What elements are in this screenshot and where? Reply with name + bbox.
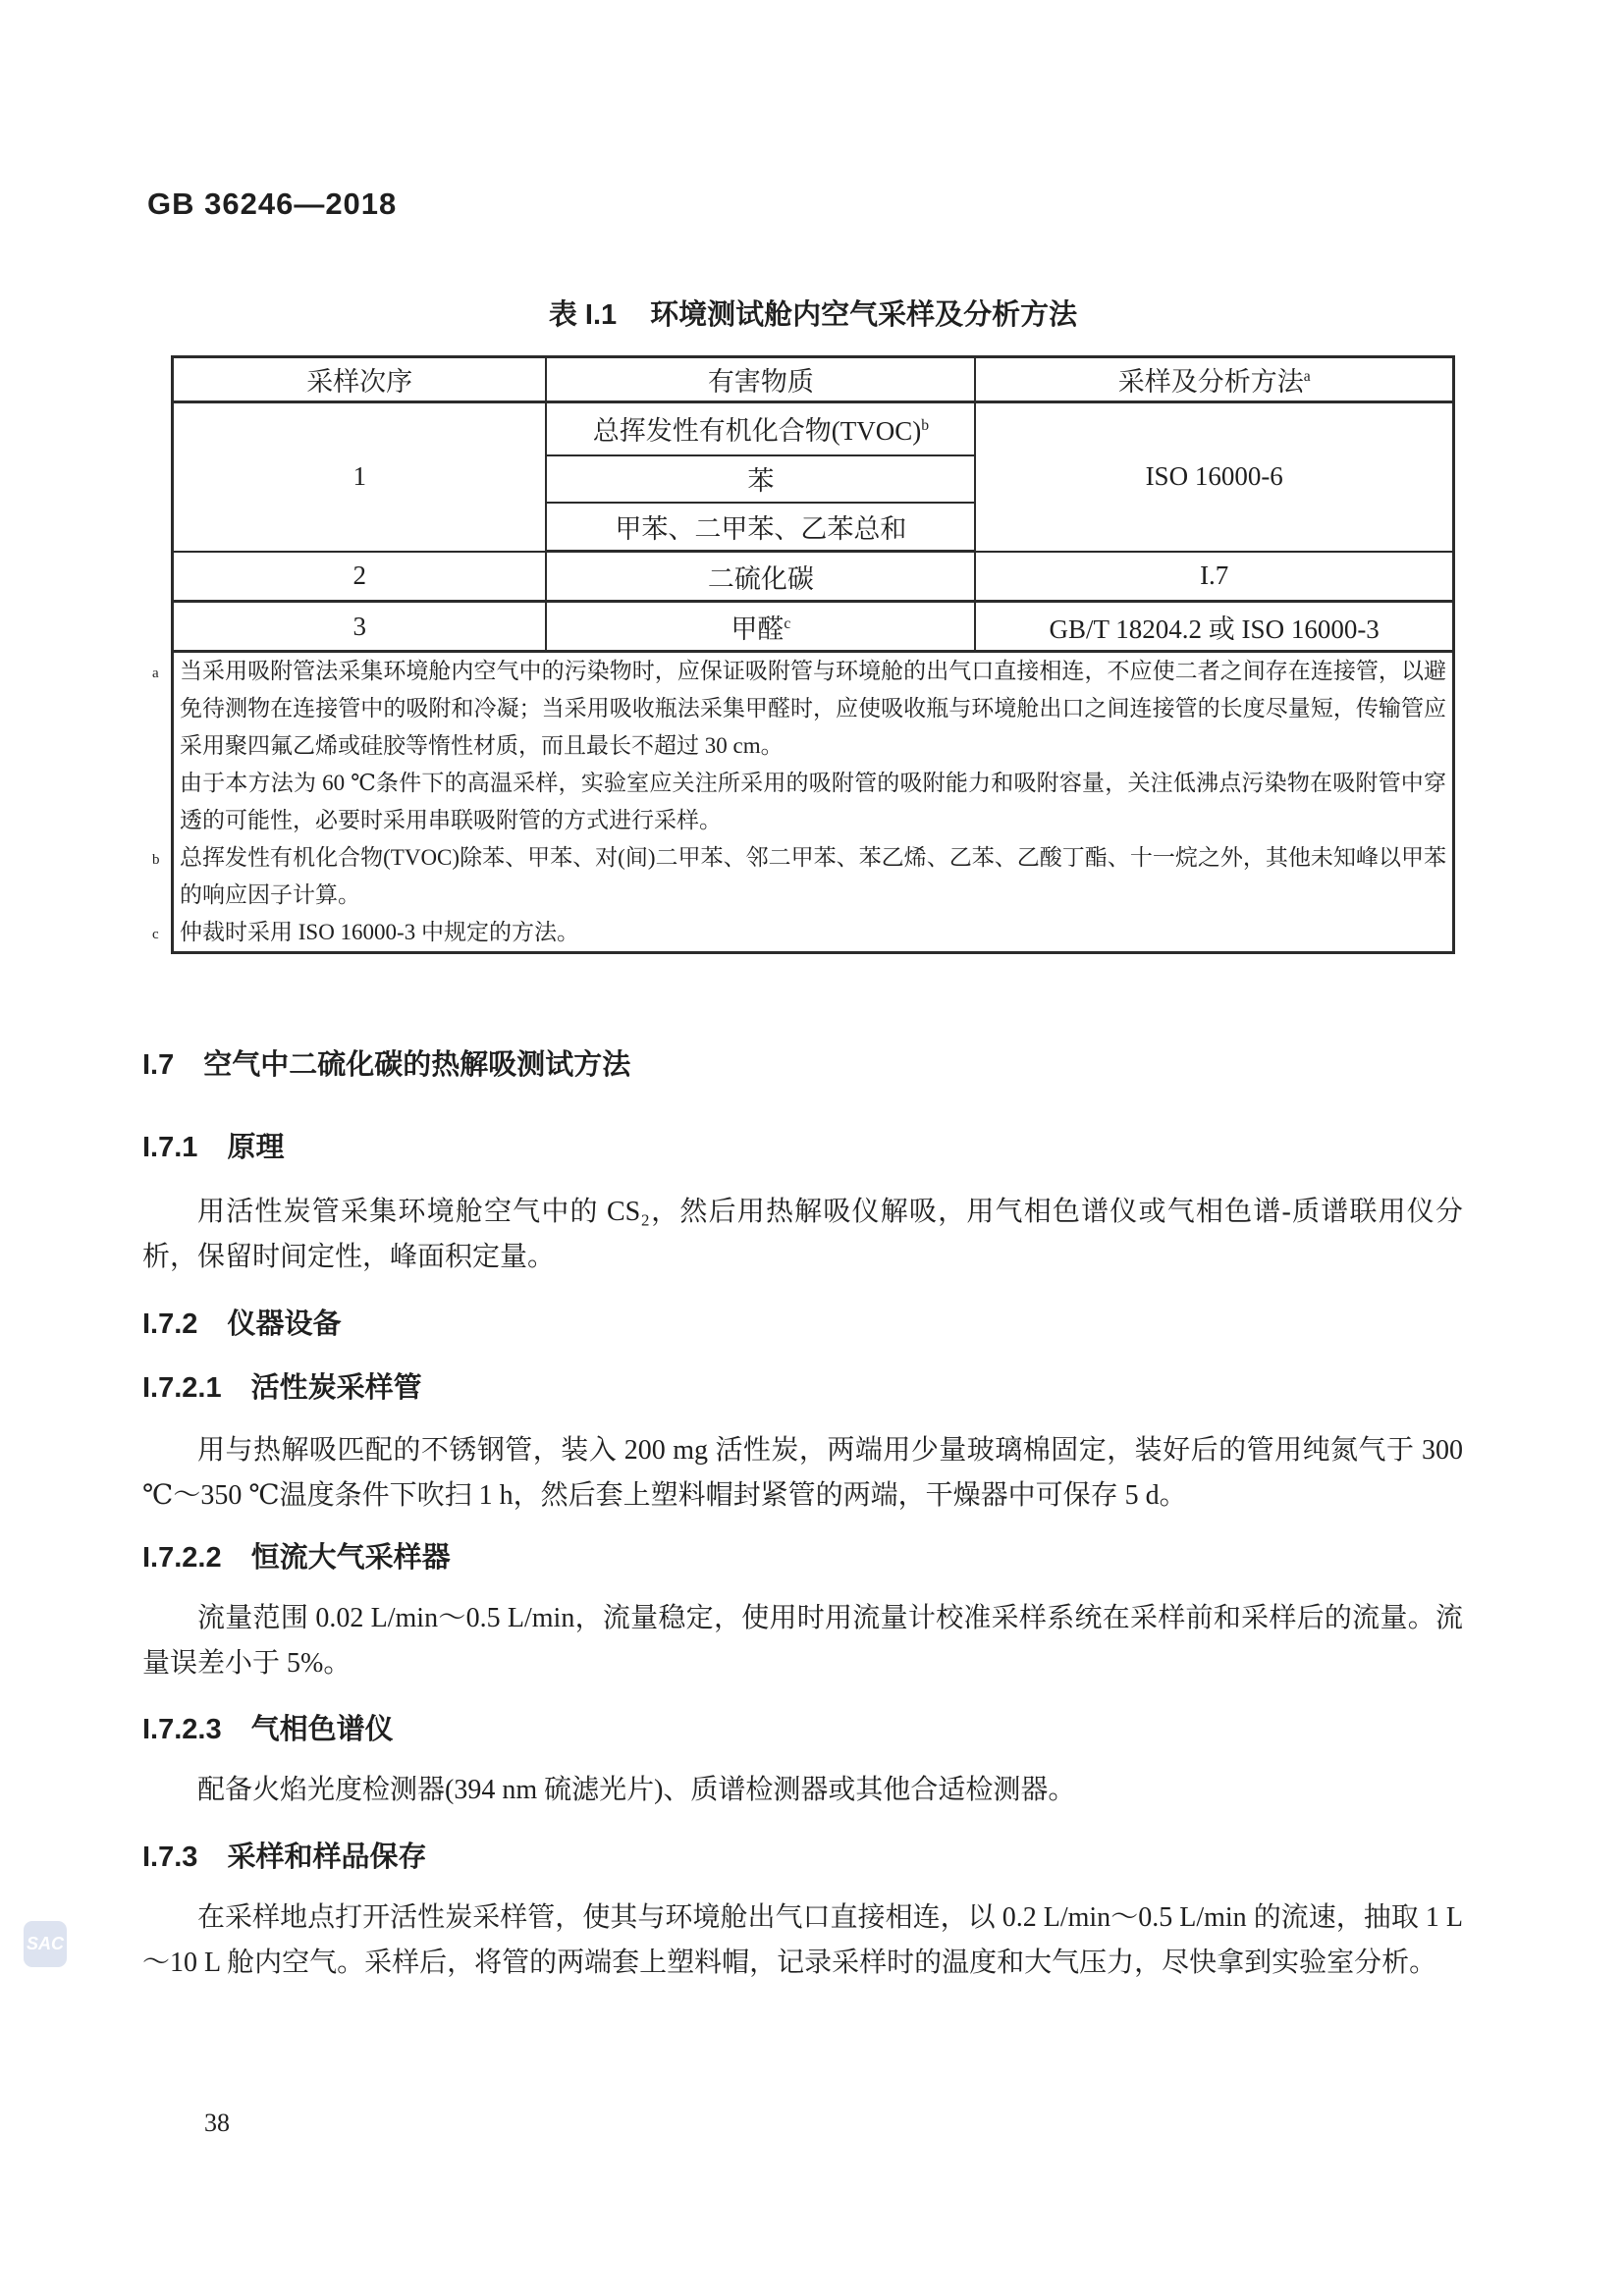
paragraph-i722: 流量范围 0.02 L/min～0.5 L/min，流量稳定，使用时用流量计校准… bbox=[142, 1596, 1463, 1686]
heading-i722: I.7.2.2恒流大气采样器 bbox=[142, 1535, 1463, 1575]
footnote-ref-c: c bbox=[784, 615, 790, 632]
heading-number: I.7.2.2 bbox=[142, 1542, 222, 1574]
footnote-a-part2: 由于本方法为 60 ℃条件下的高温采样，实验室应关注所采用的吸附管的吸附能力和吸… bbox=[180, 765, 1446, 839]
sampling-table-wrapper: 采样次序 有害物质 采样及分析方法a 1 总挥发性有机化合物(TVOC)b IS… bbox=[171, 355, 1455, 954]
cell-order-1: 1 bbox=[173, 402, 547, 552]
heading-title: 气相色谱仪 bbox=[251, 1714, 394, 1745]
cell-order-2: 2 bbox=[173, 552, 547, 602]
table-footnotes: a当采用吸附管法采集环境舱内空气中的污染物时，应保证吸附管与环境舱的出气口直接相… bbox=[173, 652, 1454, 953]
cell-substance-benzene: 苯 bbox=[546, 455, 975, 503]
heading-i73: I.7.3采样和样品保存 bbox=[142, 1835, 1463, 1875]
footnote-b: b总挥发性有机化合物(TVOC)除苯、甲苯、对(间)二甲苯、邻二甲苯、苯乙烯、乙… bbox=[180, 839, 1446, 914]
sac-watermark: SAC bbox=[24, 1921, 67, 1967]
table-row: 2 二硫化碳 I.7 bbox=[173, 552, 1454, 602]
footnote-ref-b: b bbox=[921, 417, 929, 434]
heading-title: 采样和样品保存 bbox=[227, 1842, 426, 1873]
footnote-c: c仲裁时采用 ISO 16000-3 中规定的方法。 bbox=[180, 914, 1446, 951]
heading-number: I.7 bbox=[142, 1049, 174, 1081]
header-order: 采样次序 bbox=[173, 357, 547, 402]
heading-i72: I.7.2仪器设备 bbox=[142, 1302, 1463, 1342]
table-row: 1 总挥发性有机化合物(TVOC)b ISO 16000-6 bbox=[173, 402, 1454, 455]
footnote-a: a当采用吸附管法采集环境舱内空气中的污染物时，应保证吸附管与环境舱的出气口直接相… bbox=[180, 653, 1446, 765]
table-title-number: 表 I.1 bbox=[549, 299, 617, 331]
cell-substance-formaldehyde: 甲醛c bbox=[546, 602, 975, 652]
heading-number: I.7.2.3 bbox=[142, 1714, 222, 1745]
heading-number: I.7.2 bbox=[142, 1308, 197, 1340]
table-row: 3 甲醛c GB/T 18204.2 或 ISO 16000-3 bbox=[173, 602, 1454, 652]
heading-i721: I.7.2.1活性炭采样管 bbox=[142, 1365, 1463, 1406]
heading-i7: I.7空气中二硫化碳的热解吸测试方法 bbox=[142, 1042, 1463, 1083]
cell-order-3: 3 bbox=[173, 602, 547, 652]
paragraph-i73: 在采样地点打开活性炭采样管，使其与环境舱出气口直接相连，以 0.2 L/min～… bbox=[142, 1896, 1463, 1986]
paragraph-i723: 配备火焰光度检测器(394 nm 硫滤光片)、质谱检测器或其他合适检测器。 bbox=[142, 1768, 1463, 1813]
cell-method-gbt18204: GB/T 18204.2 或 ISO 16000-3 bbox=[975, 602, 1453, 652]
heading-title: 原理 bbox=[227, 1132, 284, 1163]
heading-number: I.7.1 bbox=[142, 1132, 197, 1163]
sampling-table: 采样次序 有害物质 采样及分析方法a 1 总挥发性有机化合物(TVOC)b IS… bbox=[171, 355, 1455, 954]
heading-title: 活性炭采样管 bbox=[251, 1372, 422, 1404]
cell-substance-cs2: 二硫化碳 bbox=[546, 552, 975, 602]
page-number: 38 bbox=[204, 2109, 230, 2138]
footnote-ref-a: a bbox=[1304, 368, 1311, 385]
heading-number: I.7.3 bbox=[142, 1842, 197, 1873]
table-title: 表 I.1环境测试舱内空气采样及分析方法 bbox=[171, 293, 1455, 333]
table-title-text: 环境测试舱内空气采样及分析方法 bbox=[650, 299, 1077, 331]
cell-method-iso16000-6: ISO 16000-6 bbox=[975, 402, 1453, 552]
document-page: GB 36246—2018 表 I.1环境测试舱内空气采样及分析方法 采样次序 … bbox=[0, 0, 1624, 2296]
cell-substance-xylenes: 甲苯、二甲苯、乙苯总和 bbox=[546, 503, 975, 552]
heading-title: 空气中二硫化碳的热解吸测试方法 bbox=[203, 1049, 630, 1081]
paragraph-i721: 用与热解吸匹配的不锈钢管，装入 200 mg 活性炭，两端用少量玻璃棉固定，装好… bbox=[142, 1428, 1463, 1519]
heading-title: 仪器设备 bbox=[227, 1308, 341, 1340]
footnote-marker-c: c bbox=[152, 916, 159, 953]
heading-number: I.7.2.1 bbox=[142, 1372, 222, 1404]
heading-title: 恒流大气采样器 bbox=[251, 1542, 451, 1574]
standard-number: GB 36246—2018 bbox=[147, 187, 397, 222]
heading-i723: I.7.2.3气相色谱仪 bbox=[142, 1707, 1463, 1747]
header-substance: 有害物质 bbox=[546, 357, 975, 402]
sac-watermark-label: SAC bbox=[27, 1934, 64, 1954]
footnote-marker-a: a bbox=[152, 655, 159, 692]
cell-substance-tvoc: 总挥发性有机化合物(TVOC)b bbox=[546, 402, 975, 455]
footnote-marker-b: b bbox=[152, 841, 160, 879]
header-method: 采样及分析方法a bbox=[975, 357, 1453, 402]
paragraph-i71: 用活性炭管采集环境舱空气中的 CS₂，然后用热解吸仪解吸，用气相色谱仪或气相色谱… bbox=[142, 1190, 1463, 1280]
heading-i71: I.7.1原理 bbox=[142, 1125, 1463, 1165]
cell-method-i7: I.7 bbox=[975, 552, 1453, 602]
table-header-row: 采样次序 有害物质 采样及分析方法a bbox=[173, 357, 1454, 402]
table-footnotes-row: a当采用吸附管法采集环境舱内空气中的污染物时，应保证吸附管与环境舱的出气口直接相… bbox=[173, 652, 1454, 953]
